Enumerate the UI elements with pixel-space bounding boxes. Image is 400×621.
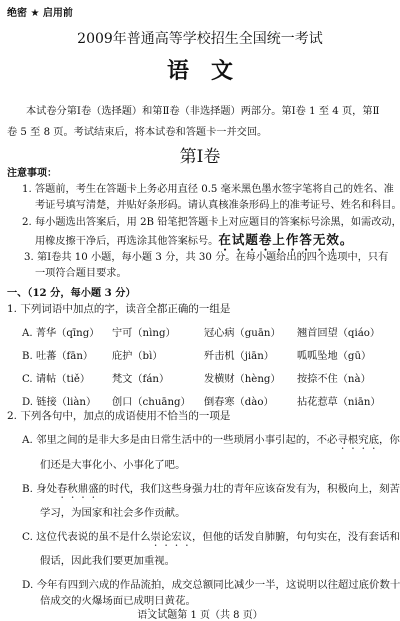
question-2-option-d-line-1: D. 今年有四到六成的作品流拍，成交总额同比减少一半，这说明以往超过底价数十 xyxy=(22,576,400,591)
note-1-line-2: 考证号填写清楚，并贴好条形码。请认真核准条形码上的准考证号、姓名和科目。 xyxy=(35,196,400,211)
page-footer: 语文试题第 1 页（共 8 页） xyxy=(0,606,400,621)
option-b-text: B. 身处 xyxy=(22,483,57,495)
option-c-word-4: 按捺不住（nà） xyxy=(297,370,371,385)
note-2-text: 用橡皮擦干净后，再选涂其他答案标号。 xyxy=(35,236,218,247)
invalid-answer-warning: 在试题卷上作答无效。 xyxy=(218,232,353,247)
part-1-title: 第Ⅰ卷 xyxy=(0,142,400,167)
option-c-word-3: 发横财（hèng） xyxy=(204,370,281,385)
option-a-word-3: 冠心病（guān） xyxy=(204,324,281,339)
option-a-text-end: ，你 xyxy=(379,434,400,446)
intro-line-1: 本试卷分第Ⅰ卷（选择题）和第Ⅱ卷（非选择题）两部分。第Ⅰ卷 1 至 4 页，第Ⅱ xyxy=(26,102,379,117)
question-1-stem: 1. 下列词语中加点的字，读音全都正确的一组是 xyxy=(7,301,230,316)
option-b-word-3: 歼击机（jiān） xyxy=(204,347,274,362)
intro-line-2: 卷 5 至 8 页。考试结束后，将本试卷和答题卡一并交回。 xyxy=(7,123,267,138)
option-c-choice: C. 请帖（tiě） xyxy=(22,370,90,385)
option-d-word-2: 创口（chuāng） xyxy=(112,393,191,408)
note-2-line-1: 2. 每小题选出答案后，用 2B 铅笔把答题卡上对应题目的答案标号涂黑，如需改动… xyxy=(22,213,400,228)
option-d-choice: D. 链接（liàn） xyxy=(22,393,96,408)
option-b-word-4: 呱呱坠地（gū） xyxy=(297,347,371,362)
question-2-option-b-line-2: 学习，为国家和社会多作贡献。 xyxy=(40,504,185,519)
option-b-idiom: 春秋鼎盛 xyxy=(57,483,99,495)
question-2-stem: 2. 下列各句中，加点的成语使用不恰当的一项是 xyxy=(7,408,230,423)
question-2-option-c-line-2: 假话，因此我们要更加重视。 xyxy=(40,552,175,567)
option-c-word-2: 梵文（fán） xyxy=(112,370,169,385)
option-b-word-2: 庇护（bì） xyxy=(112,347,163,362)
exam-title: 2009年普通高等学校招生全国统一考试 xyxy=(0,28,400,48)
question-2-option-c-line-1: C. 这位代表说的虽不是什么崇论宏议，但他的话发自肺腑，句句实在，没有套话和 xyxy=(22,528,400,549)
section-1-heading: 一、（12 分，每小题 3 分） xyxy=(7,284,136,299)
option-a-choice: A. 菁华（qīng） xyxy=(22,324,99,339)
note-3-line-2: 一项符合题目要求。 xyxy=(35,264,127,279)
question-2-option-a-line-2: 们还是大事化小、小事化了吧。 xyxy=(40,456,185,471)
question-2-option-b-line-1: B. 身处春秋鼎盛的时代，我们这些身强力壮的青年应该奋发有为，积极向上，刻苦 xyxy=(22,480,400,501)
option-c-idiom: 崇论宏议 xyxy=(150,531,192,543)
option-a-word-2: 宁可（nìng） xyxy=(112,324,176,339)
question-2-option-a-line-1: A. 邻里之间的是非大多是由日常生活中的一些琐屑小事引起的，不必寻根究底，你 xyxy=(22,431,400,452)
notes-title: 注意事项： xyxy=(7,164,57,179)
option-c-text-end: ，但他的话发自肺腑，句句实在，没有套话和 xyxy=(192,531,400,543)
confidential-mark: 绝密 ★ 启用前 xyxy=(7,4,73,19)
option-b-choice: B. 吐蕃（fān） xyxy=(22,347,93,362)
option-a-text: A. 邻里之间的是非大多是由日常生活中的一些琐屑小事引起的，不必 xyxy=(22,434,337,446)
option-a-word-4: 翘首回望（qiáo） xyxy=(297,324,380,339)
note-3-line-1: 3. 第Ⅰ卷共 10 小题，每小题 3 分，共 30 分。在每小题给出的四个选项… xyxy=(24,248,388,263)
note-1-line-1: 1. 答题前，考生在答题卡上务必用直径 0.5 毫米黑色墨水签字笔将自己的姓名、… xyxy=(22,180,394,195)
option-a-idiom: 寻根究底 xyxy=(337,434,379,446)
subject-title: 语文 xyxy=(0,54,400,85)
option-d-word-3: 倒春寒（dào） xyxy=(204,393,274,408)
option-b-text-end: 的时代，我们这些身强力壮的青年应该奋发有为，积极向上，刻苦 xyxy=(99,483,400,495)
option-d-word-4: 拈花惹草（niān） xyxy=(297,393,381,408)
option-c-text: C. 这位代表说的虽不是什么 xyxy=(22,531,150,543)
